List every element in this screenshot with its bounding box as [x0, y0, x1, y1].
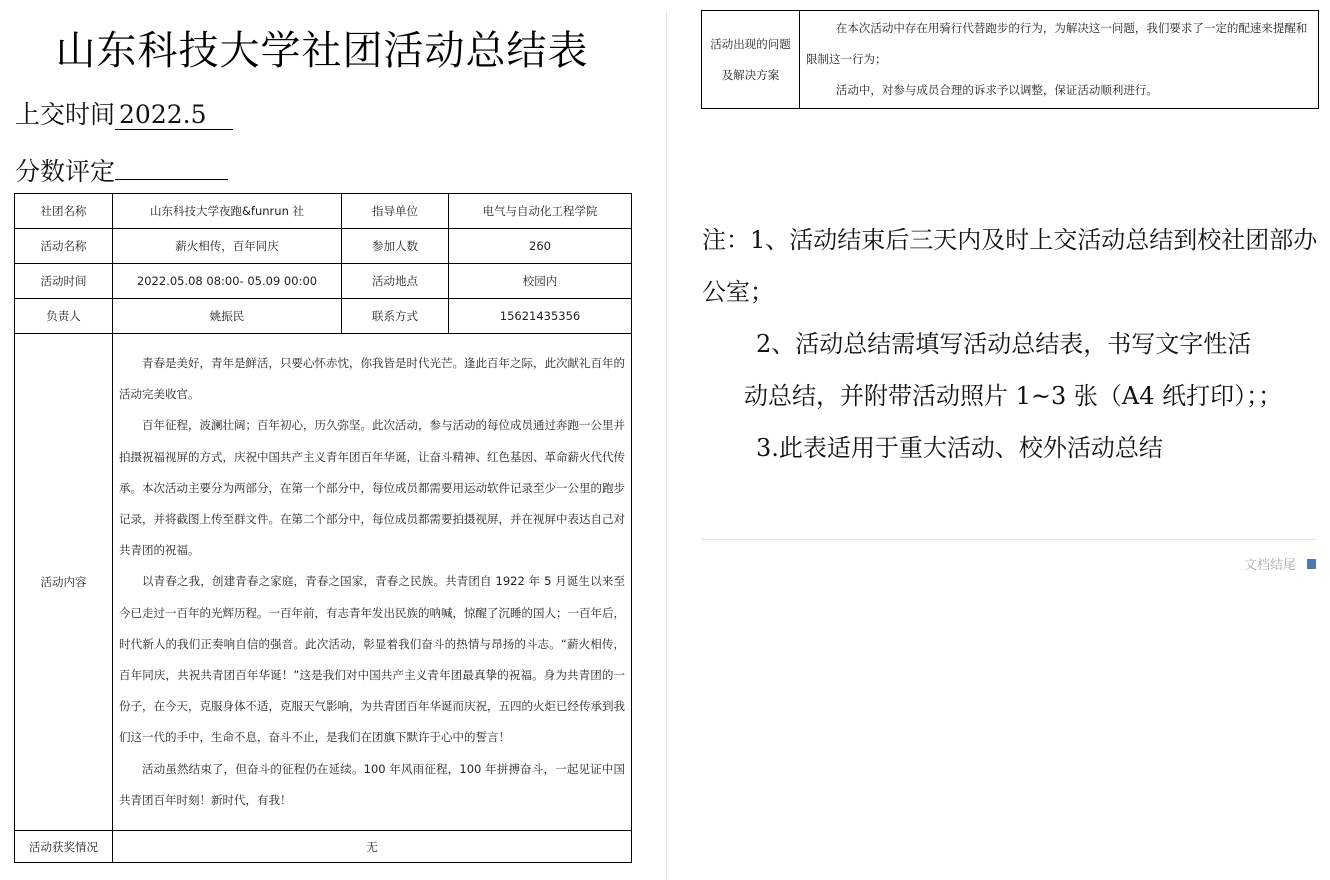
activity-content-cell: 青春是美好，青年是鲜活，只要心怀赤忱，你我皆是时代光芒。逢此百年之际，此次献礼百…	[113, 334, 632, 831]
table-row: 负责人 姚振民 联系方式 15621435356	[15, 299, 632, 334]
content-paragraph: 百年征程，波澜壮阔；百年初心，历久弥坚。此次活动，参与活动的每位成员通过奔跑一公…	[119, 410, 625, 566]
note-2-line-a: 2、活动总结需填写活动总结表，书写文字性活	[702, 318, 1322, 370]
notes-section: 注：1、活动结束后三天内及时上交活动总结到校社团部办公室； 2、活动总结需填写活…	[702, 214, 1322, 474]
end-marker-icon	[1307, 559, 1316, 569]
note-1: 注：1、活动结束后三天内及时上交活动总结到校社团部办公室；	[702, 214, 1322, 318]
value-activity-time: 2022.05.08 08:00- 05.09 00:00	[113, 264, 342, 299]
content-paragraph: 以青春之我，创建青春之家庭，青春之国家，青春之民族。共青团自 1922 年 5 …	[119, 566, 625, 753]
value-contact: 15621435356	[449, 299, 632, 334]
value-person-in-charge: 姚振民	[113, 299, 342, 334]
document-title: 山东科技大学社团活动总结表	[14, 26, 630, 76]
submit-time-line: 上交时间2022.5	[15, 99, 233, 131]
label-guidance-unit: 指导单位	[342, 194, 449, 229]
content-paragraph: 活动虽然结束了，但奋斗的征程仍在延续。100 年风雨征程，100 年拼搏奋斗，一…	[119, 754, 625, 816]
document-end-label: 文档结尾	[1244, 554, 1296, 573]
table-row: 活动出现的问题 及解决方案 在本次活动中存在用骑行代替跑步的行为，为解决这一问题…	[702, 11, 1319, 109]
label-activity-location: 活动地点	[342, 264, 449, 299]
table-row: 活动时间 2022.05.08 08:00- 05.09 00:00 活动地点 …	[15, 264, 632, 299]
table-row: 活动名称 薪火相传，百年同庆 参加人数 260	[15, 229, 632, 264]
problems-solutions-cell: 在本次活动中存在用骑行代替跑步的行为，为解决这一问题，我们要求了一定的配速来提醒…	[800, 11, 1319, 109]
label-problems-solutions: 活动出现的问题 及解决方案	[702, 11, 800, 109]
summary-table: 社团名称 山东科技大学夜跑&funrun 社 指导单位 电气与自动化工程学院 活…	[14, 193, 632, 863]
score-line: 分数评定	[15, 151, 228, 188]
table-row-content: 活动内容 青春是美好，青年是鲜活，只要心怀赤忱，你我皆是时代光芒。逢此百年之际，…	[15, 334, 632, 831]
label-club-name: 社团名称	[15, 194, 113, 229]
document-end-rule	[701, 539, 1317, 540]
table-row-awards: 活动获奖情况 无	[15, 831, 632, 863]
page-left: 山东科技大学社团活动总结表 上交时间2022.5 分数评定 社团名称 山东科技大…	[0, 0, 650, 880]
note-3: 3.此表适用于重大活动、校外活动总结	[702, 422, 1322, 474]
label-contact: 联系方式	[342, 299, 449, 334]
label-activity-content: 活动内容	[15, 334, 113, 831]
score-value	[115, 151, 228, 180]
value-guidance-unit: 电气与自动化工程学院	[449, 194, 632, 229]
score-label: 分数评定	[15, 157, 115, 186]
value-activity-name: 薪火相传，百年同庆	[113, 229, 342, 264]
label-awards: 活动获奖情况	[15, 831, 113, 863]
value-activity-location: 校园内	[449, 264, 632, 299]
label-participants: 参加人数	[342, 229, 449, 264]
table-row: 社团名称 山东科技大学夜跑&funrun 社 指导单位 电气与自动化工程学院	[15, 194, 632, 229]
content-paragraph: 青春是美好，青年是鲜活，只要心怀赤忱，你我皆是时代光芒。逢此百年之际，此次献礼百…	[119, 348, 625, 410]
value-awards: 无	[113, 831, 632, 863]
submit-time-value: 2022.5	[115, 101, 233, 130]
label-activity-name: 活动名称	[15, 229, 113, 264]
submit-time-label: 上交时间	[15, 100, 115, 129]
label-activity-time: 活动时间	[15, 264, 113, 299]
label-line-1: 活动出现的问题	[702, 29, 799, 60]
solution-paragraph: 活动中，对参与成员合理的诉求予以调整，保证活动顺利进行。	[806, 75, 1312, 106]
problem-solution-table: 活动出现的问题 及解决方案 在本次活动中存在用骑行代替跑步的行为，为解决这一问题…	[701, 10, 1319, 109]
label-line-2: 及解决方案	[702, 60, 799, 91]
value-participants: 260	[449, 229, 632, 264]
label-person-in-charge: 负责人	[15, 299, 113, 334]
note-2-line-b: 动总结，并附带活动照片 1~3 张（A4 纸打印）；；	[702, 370, 1322, 422]
value-club-name: 山东科技大学夜跑&funrun 社	[113, 194, 342, 229]
solution-paragraph: 在本次活动中存在用骑行代替跑步的行为，为解决这一问题，我们要求了一定的配速来提醒…	[806, 13, 1312, 75]
page-divider	[666, 12, 667, 880]
